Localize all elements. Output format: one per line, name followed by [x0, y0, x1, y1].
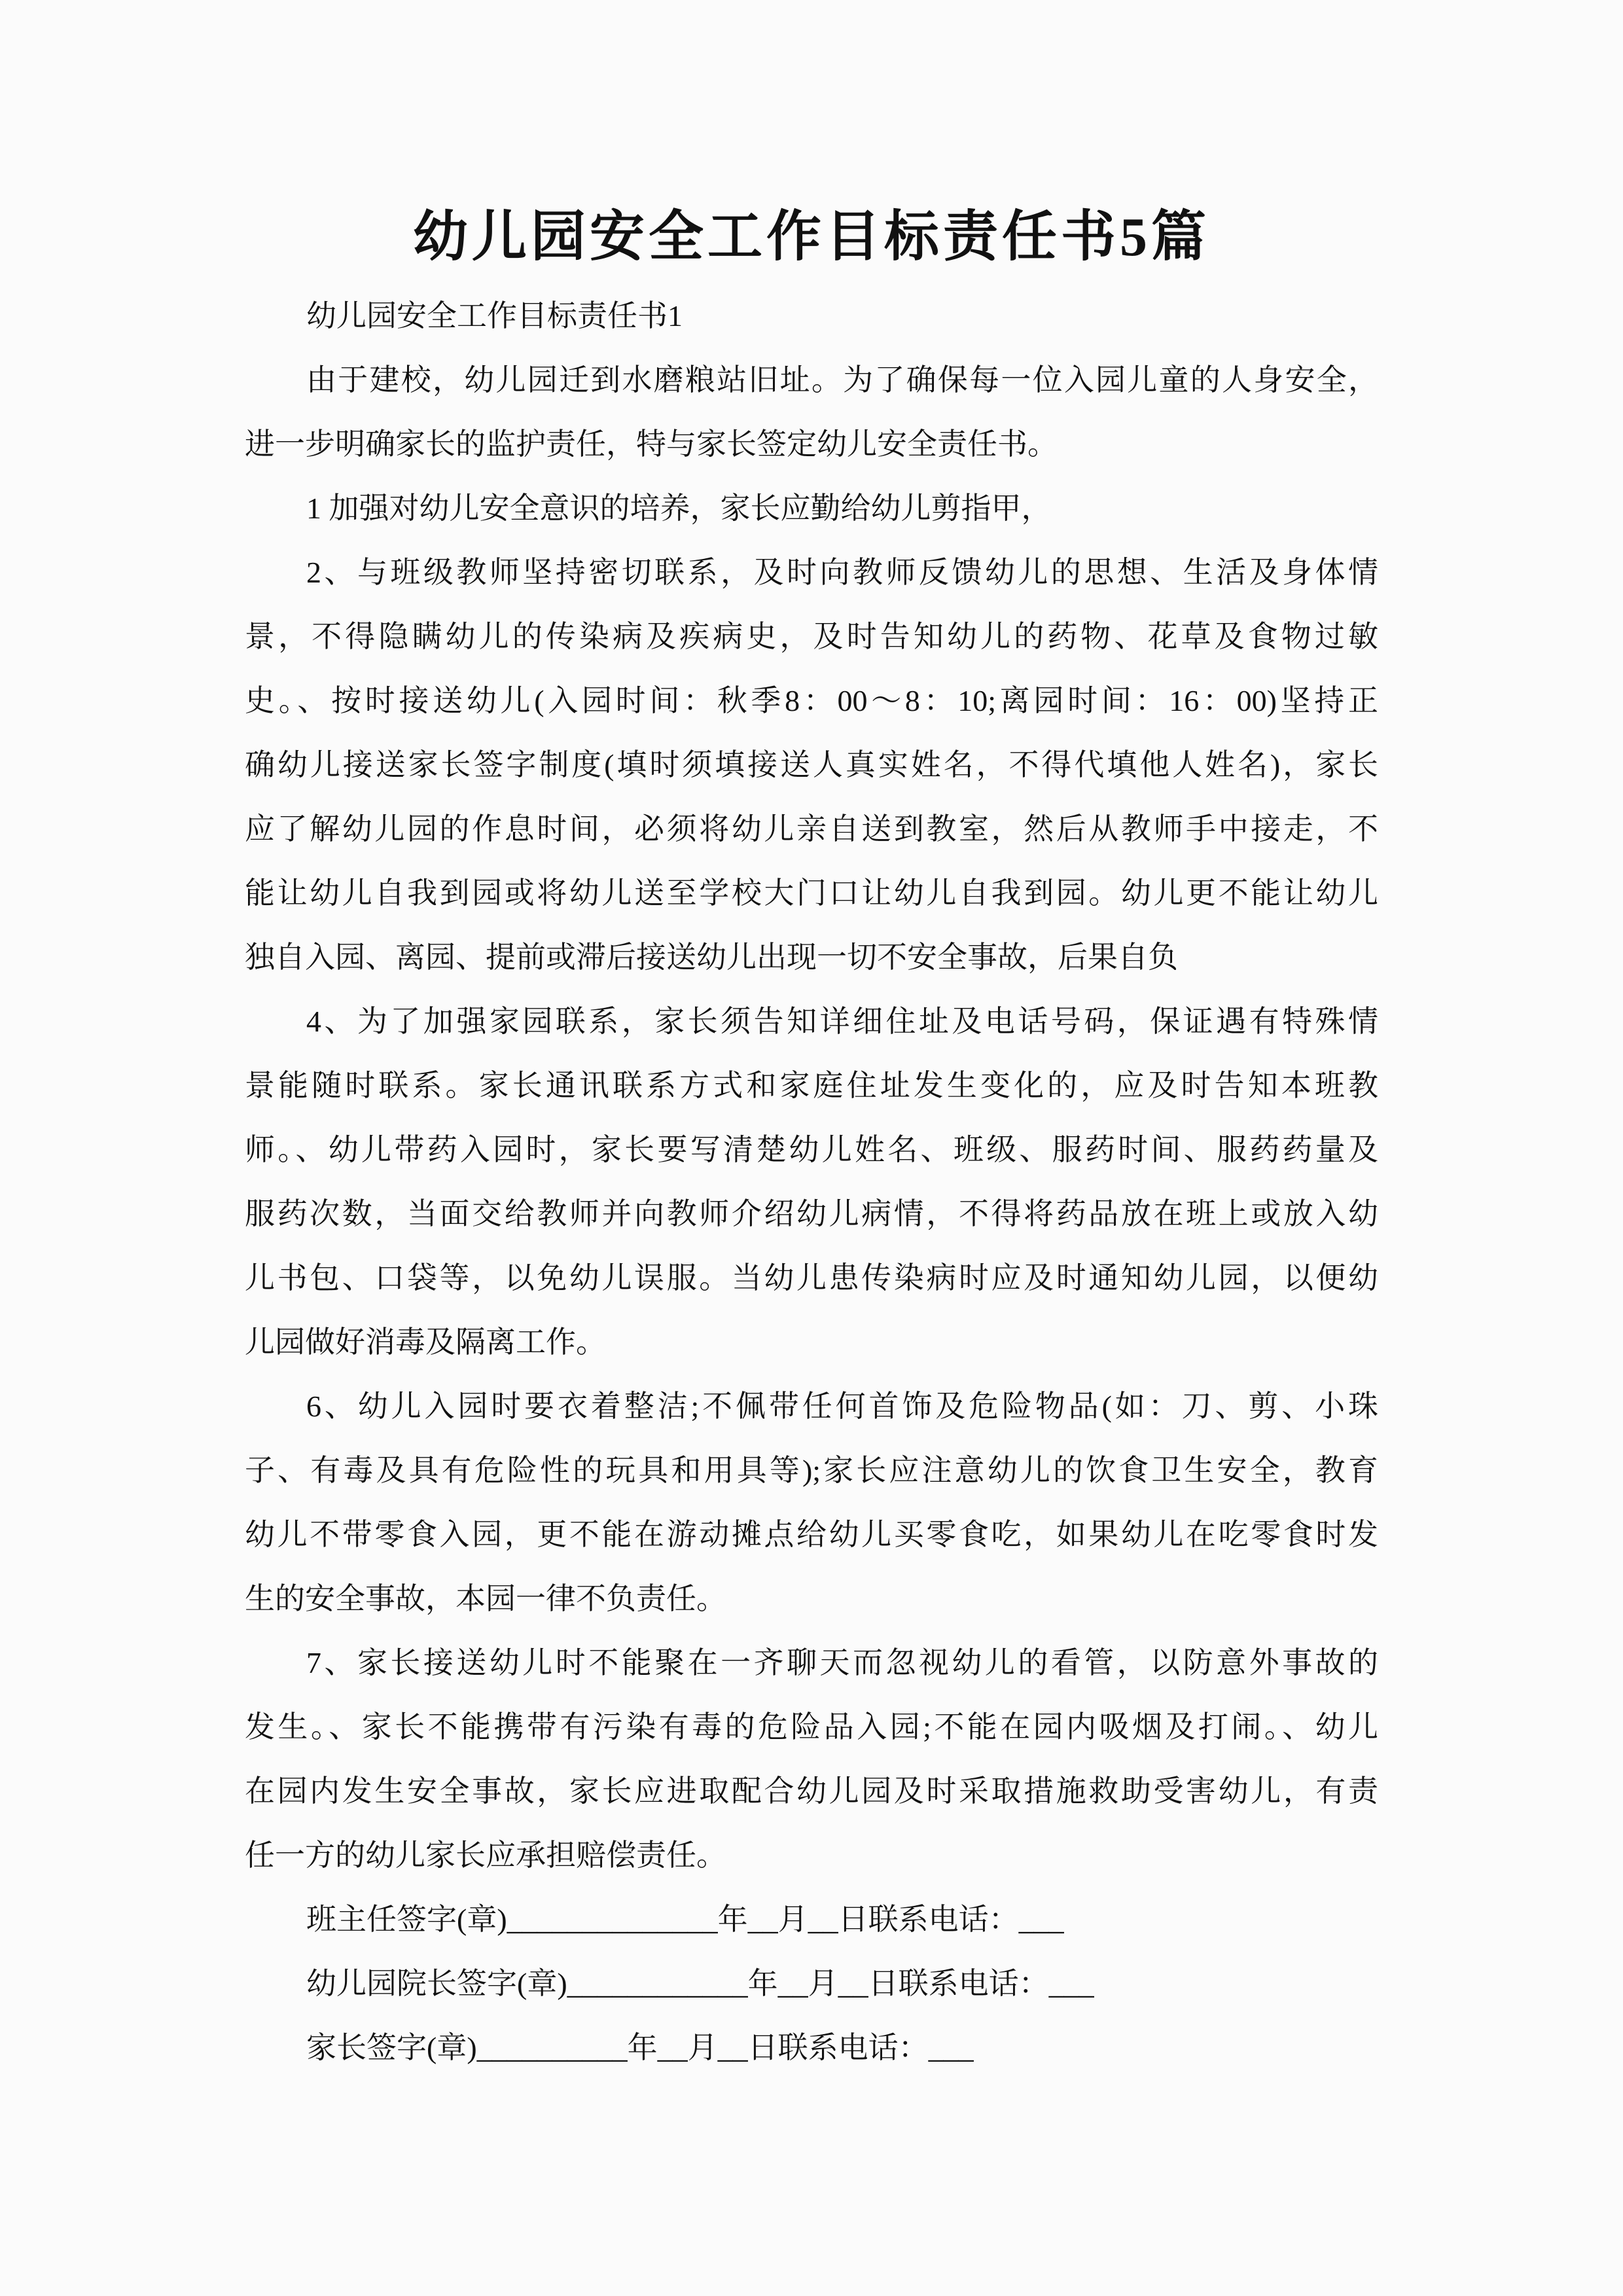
body-line: 7、家长接送幼儿时不能聚在一齐聊天而忽视幼儿的看管，以防意外事故的	[245, 1631, 1378, 1695]
body-line: 生的安全事故，本园一律不负责任。	[245, 1567, 1378, 1631]
body-line: 6、幼儿入园时要衣着整洁;不佩带任何首饰及危险物品(如：刀、剪、小珠	[245, 1374, 1378, 1439]
body-line: 4、为了加强家园联系，家长须告知详细住址及电话号码，保证遇有特殊情	[245, 990, 1378, 1054]
body-line: 在园内发生安全事故，家长应进取配合幼儿园及时采取措施救助受害幼儿，有责	[245, 1759, 1378, 1823]
body-line: 史。、按时接送幼儿(入园时间：秋季8：00～8：10;离园时间：16：00)坚持…	[245, 669, 1378, 733]
body-line: 景能随时联系。家长通讯联系方式和家庭住址发生变化的，应及时告知本班教	[245, 1054, 1378, 1118]
body-line: 幼儿园安全工作目标责任书1	[245, 284, 1378, 348]
body-line: 幼儿不带零食入园，更不能在游动摊点给幼儿买零食吃，如果幼儿在吃零食时发	[245, 1503, 1378, 1567]
body-line: 儿书包、口袋等，以免幼儿误服。当幼儿患传染病时应及时通知幼儿园，以便幼	[245, 1246, 1378, 1310]
body-line: 独自入园、离园、提前或滞后接送幼儿出现一切不安全事故，后果自负	[245, 925, 1378, 990]
body-line: 家长签字(章)__________年__月__日联系电话：___	[245, 2016, 1378, 2080]
a4-page: 幼儿园安全工作目标责任书5篇 幼儿园安全工作目标责任书1由于建校，幼儿园迁到水磨…	[0, 0, 1623, 2296]
document-title: 幼儿园安全工作目标责任书5篇	[245, 196, 1378, 279]
document-body: 幼儿园安全工作目标责任书1由于建校，幼儿园迁到水磨粮站旧址。为了确保每一位入园儿…	[245, 284, 1378, 2080]
body-line: 任一方的幼儿家长应承担赔偿责任。	[245, 1823, 1378, 1888]
body-line: 进一步明确家长的监护责任，特与家长签定幼儿安全责任书。	[245, 412, 1378, 476]
body-line: 由于建校，幼儿园迁到水磨粮站旧址。为了确保每一位入园儿童的人身安全，	[245, 348, 1378, 412]
body-line: 1 加强对幼儿安全意识的培养，家长应勤给幼儿剪指甲，	[245, 476, 1378, 541]
body-line: 儿园做好消毒及隔离工作。	[245, 1310, 1378, 1374]
body-line: 景，不得隐瞒幼儿的传染病及疾病史，及时告知幼儿的药物、花草及食物过敏	[245, 605, 1378, 669]
body-line: 发生。、家长不能携带有污染有毒的危险品入园;不能在园内吸烟及打闹。、幼儿	[245, 1695, 1378, 1759]
body-line: 服药次数，当面交给教师并向教师介绍幼儿病情，不得将药品放在班上或放入幼	[245, 1182, 1378, 1246]
body-line: 幼儿园院长签字(章)____________年__月__日联系电话：___	[245, 1952, 1378, 2016]
body-line: 确幼儿接送家长签字制度(填时须填接送人真实姓名，不得代填他人姓名)，家长	[245, 733, 1378, 797]
body-line: 子、有毒及具有危险性的玩具和用具等);家长应注意幼儿的饮食卫生安全，教育	[245, 1439, 1378, 1503]
body-line: 2、与班级教师坚持密切联系，及时向教师反馈幼儿的思想、生活及身体情	[245, 541, 1378, 605]
body-line: 应了解幼儿园的作息时间，必须将幼儿亲自送到教室，然后从教师手中接走，不	[245, 797, 1378, 861]
body-line: 能让幼儿自我到园或将幼儿送至学校大门口让幼儿自我到园。幼儿更不能让幼儿	[245, 861, 1378, 925]
body-line: 班主任签字(章)______________年__月__日联系电话：___	[245, 1888, 1378, 1952]
body-line: 师。、幼儿带药入园时，家长要写清楚幼儿姓名、班级、服药时间、服药药量及	[245, 1118, 1378, 1182]
